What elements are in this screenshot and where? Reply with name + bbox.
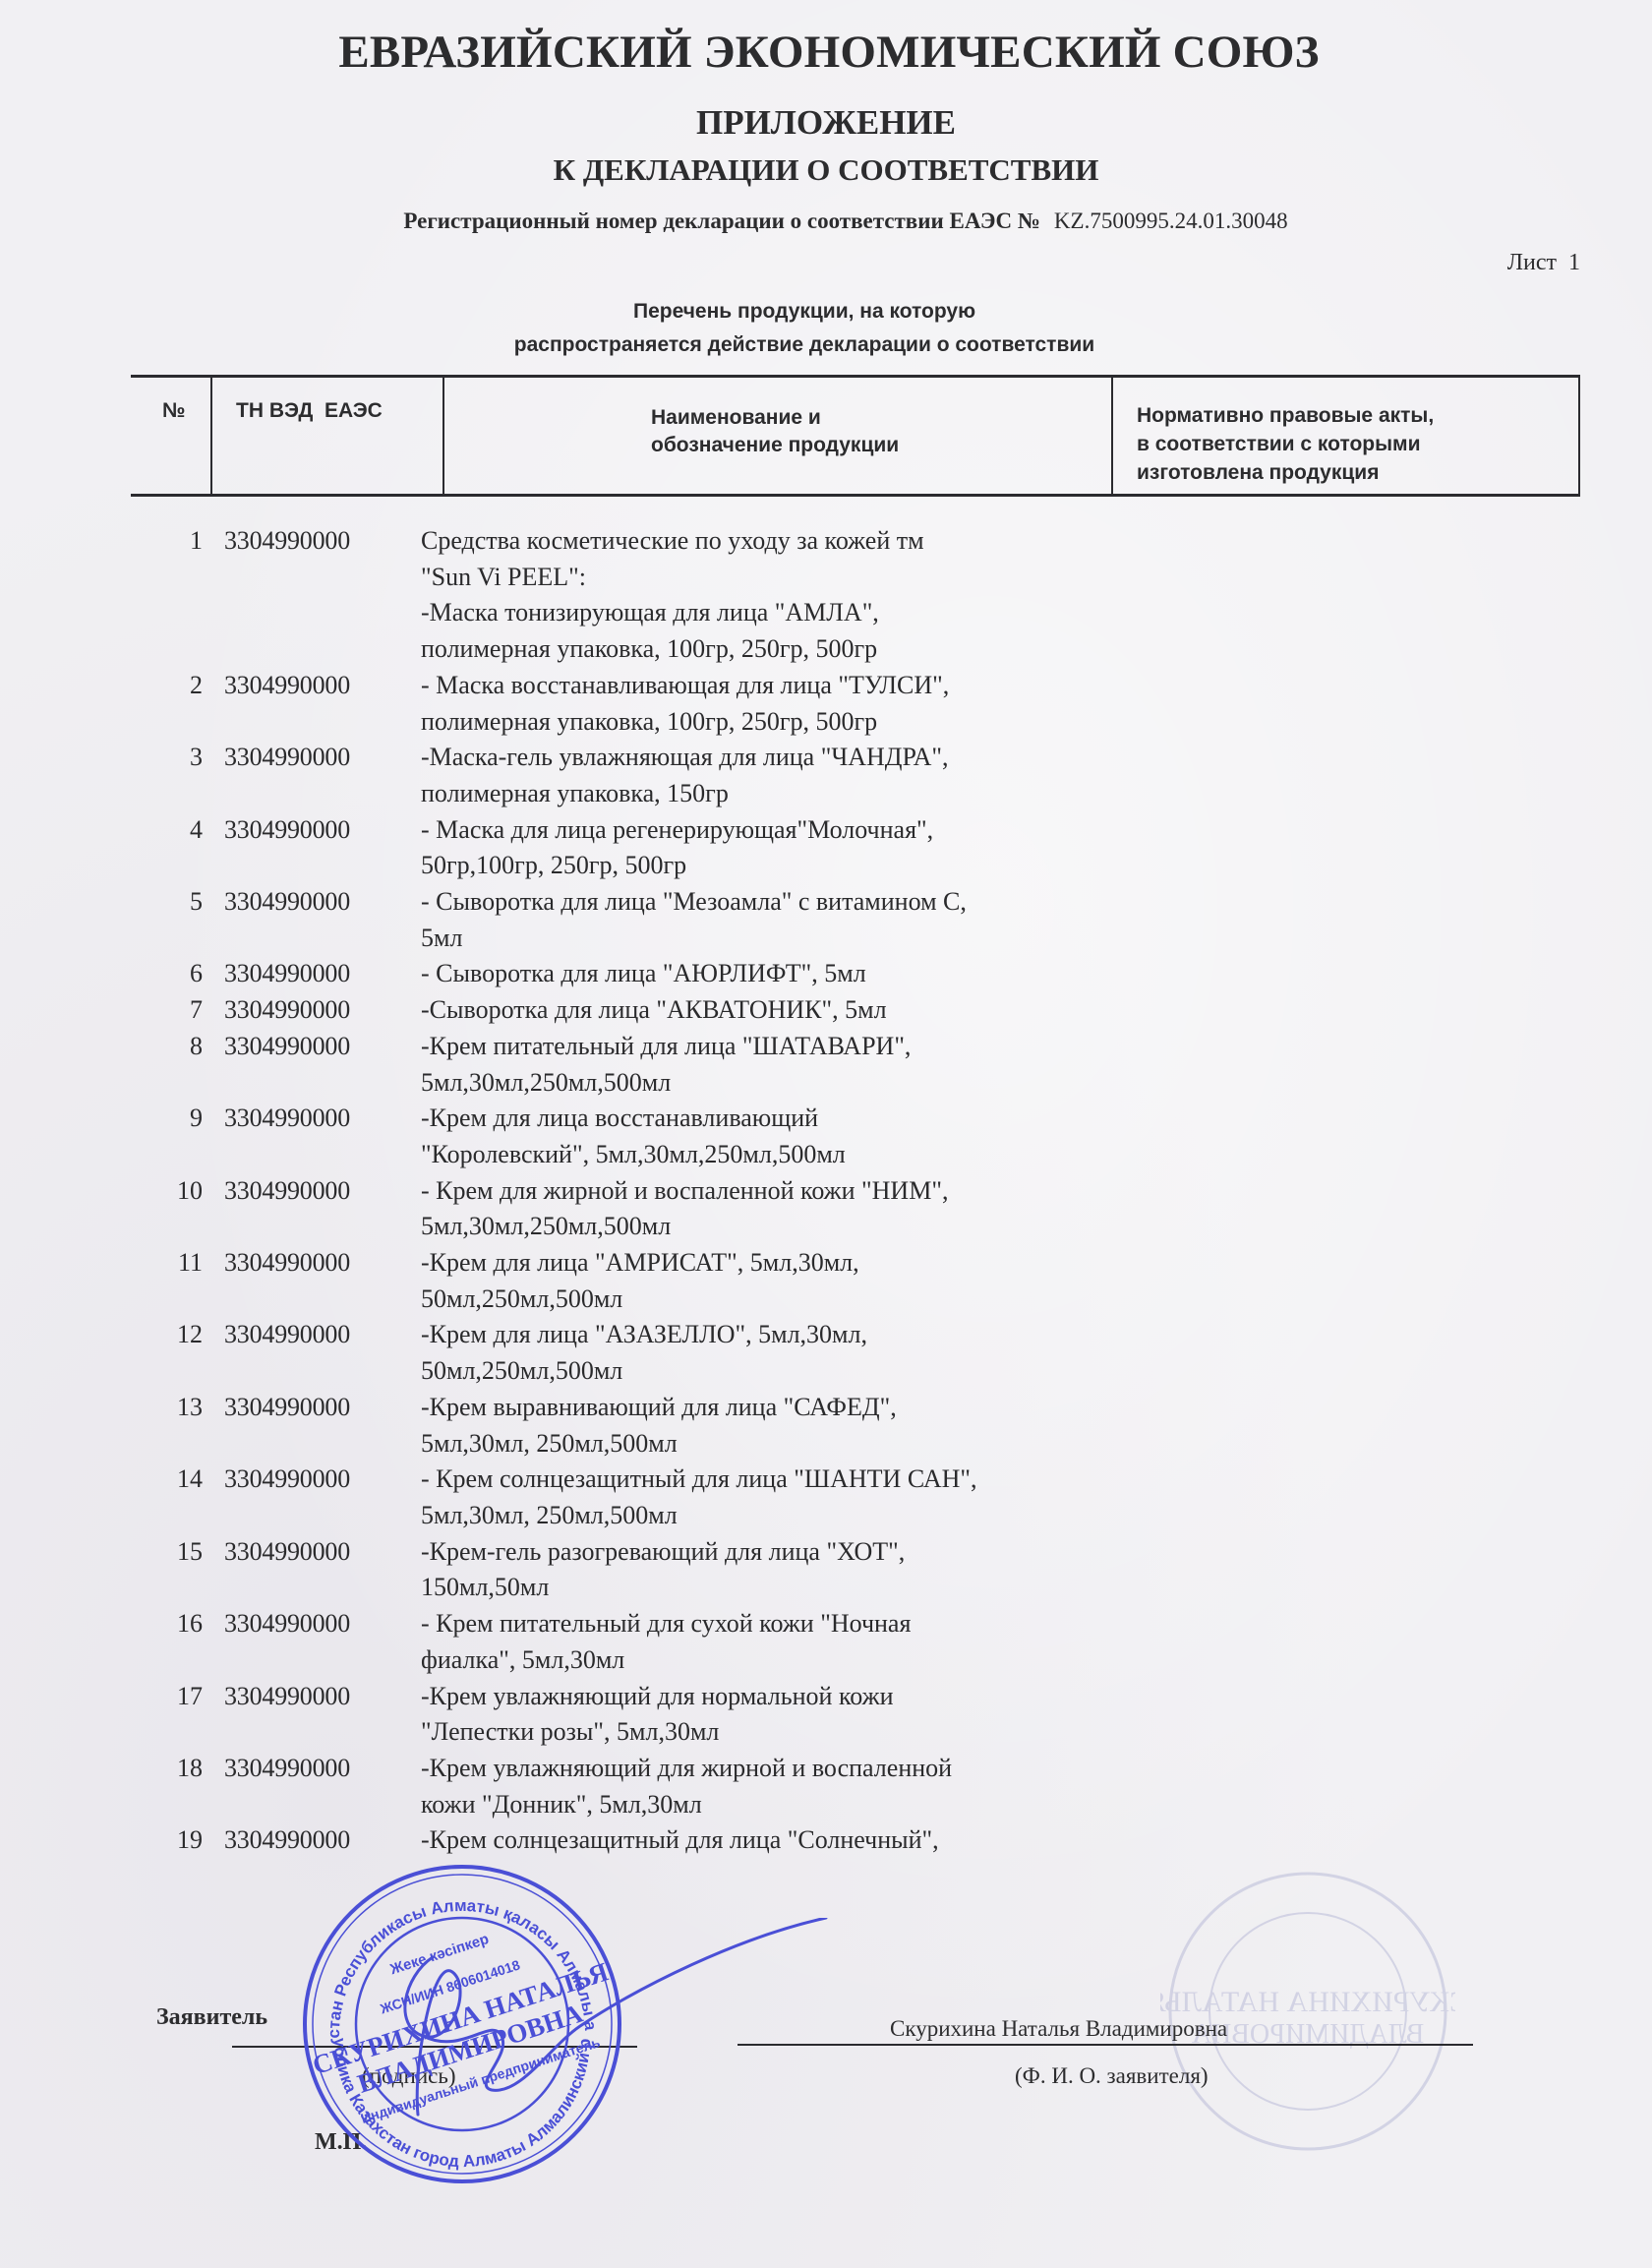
row-product-name: -Крем для лица восстанавливающий "Короле… (421, 1101, 1099, 1172)
row-normative-acts (1099, 1101, 1580, 1172)
registration-number: KZ.7500995.24.01.30048 (1054, 209, 1288, 233)
row-number: 17 (131, 1679, 203, 1751)
row-hs-code: 3304990000 (203, 1029, 421, 1101)
ghost-stamp-showthrough: СКУРИХИНА НАТАЛЬЯ ВЛАДИМИРОВНА (1160, 1864, 1455, 2159)
union-title: ЕВРАЗИЙСКИЙ ЭКОНОМИЧЕСКИЙ СОЮЗ (3, 26, 1652, 79)
row-product-name: Средства косметические по уходу за кожей… (421, 523, 1099, 668)
row-normative-acts (1099, 668, 1580, 740)
row-product-name: - Маска для лица регенерирующая"Молочная… (421, 812, 1099, 884)
row-hs-code: 3304990000 (203, 1534, 421, 1606)
row-product-name: - Маска восстанавливающая для лица "ТУЛС… (421, 668, 1099, 740)
row-hs-code: 3304990000 (203, 1245, 421, 1317)
row-normative-acts (1099, 884, 1580, 956)
row-normative-acts (1099, 956, 1580, 992)
table-row: 93304990000-Крем для лица восстанавливаю… (131, 1101, 1580, 1172)
table-row: 173304990000-Крем увлажняющий для нормал… (131, 1679, 1580, 1751)
row-number: 9 (131, 1101, 203, 1172)
row-number: 11 (131, 1245, 203, 1317)
table-header: № ТН ВЭД ЕАЭС Наименование и обозначение… (131, 375, 1580, 497)
row-product-name: -Сыворотка для лица "АКВАТОНИК", 5мл (421, 992, 1099, 1029)
table-row: 53304990000- Сыворотка для лица "Мезоамл… (131, 884, 1580, 956)
row-number: 5 (131, 884, 203, 956)
row-number: 19 (131, 1822, 203, 1859)
row-normative-acts (1099, 812, 1580, 884)
column-header-acts: Нормативно правовые акты, в соответствии… (1111, 378, 1578, 494)
name-caption: (Ф. И. О. заявителя) (1015, 2063, 1209, 2089)
row-normative-acts (1099, 523, 1580, 668)
sheet-indicator: Лист1 (1507, 250, 1580, 276)
handwritten-signature-icon (324, 1918, 836, 2144)
row-number: 3 (131, 740, 203, 811)
table-row: 43304990000- Маска для лица регенерирующ… (131, 812, 1580, 884)
row-hs-code: 3304990000 (203, 1822, 421, 1859)
table-row: 123304990000-Крем для лица "АЗАЗЕЛЛО", 5… (131, 1317, 1580, 1389)
row-hs-code: 3304990000 (203, 1462, 421, 1533)
row-product-name: - Крем солнцезащитный для лица "ШАНТИ СА… (421, 1462, 1099, 1533)
table-row: 63304990000- Сыворотка для лица "АЮРЛИФТ… (131, 956, 1580, 992)
column-header-name: Наименование и обозначение продукции (442, 378, 1111, 494)
column-header-code-label: ТН ВЭД ЕАЭС (236, 399, 383, 423)
table-row: 153304990000-Крем-гель разогревающий для… (131, 1534, 1580, 1606)
row-normative-acts (1099, 740, 1580, 811)
row-product-name: -Крем солнцезащитный для лица "Солнечный… (421, 1822, 1099, 1859)
applicant-name-line (737, 2044, 1473, 2046)
row-normative-acts (1099, 992, 1580, 1029)
row-product-name: -Крем для лица "АЗАЗЕЛЛО", 5мл,30мл, 50м… (421, 1317, 1099, 1389)
column-header-num: № (131, 378, 210, 494)
row-number: 12 (131, 1317, 203, 1389)
table-row: 133304990000-Крем выравнивающий для лица… (131, 1390, 1580, 1462)
sheet-number: 1 (1568, 250, 1580, 275)
row-normative-acts (1099, 1390, 1580, 1462)
row-normative-acts (1099, 1679, 1580, 1751)
row-hs-code: 3304990000 (203, 812, 421, 884)
table-row: 163304990000- Крем питательный для сухой… (131, 1606, 1580, 1678)
column-header-code: ТН ВЭД ЕАЭС (210, 378, 442, 494)
registration-line: Регистрационный номер декларации о соотв… (20, 209, 1652, 234)
caption-line-2: распространяется действие декларации о с… (0, 328, 1630, 362)
row-hs-code: 3304990000 (203, 1101, 421, 1172)
row-product-name: -Маска-гель увлажняющая для лица "ЧАНДРА… (421, 740, 1099, 811)
row-number: 14 (131, 1462, 203, 1533)
row-number: 1 (131, 523, 203, 668)
product-table-body: 13304990000Средства косметические по ухо… (131, 523, 1580, 1859)
table-row: 143304990000- Крем солнцезащитный для ли… (131, 1462, 1580, 1533)
table-row: 113304990000-Крем для лица "АМРИСАТ", 5м… (131, 1245, 1580, 1317)
row-hs-code: 3304990000 (203, 884, 421, 956)
row-hs-code: 3304990000 (203, 1390, 421, 1462)
row-number: 15 (131, 1534, 203, 1606)
registration-label: Регистрационный номер декларации о соотв… (403, 209, 1040, 233)
appendix-title: ПРИЛОЖЕНИЕ (0, 103, 1652, 143)
row-product-name: -Крем питательный для лица "ШАТАВАРИ", 5… (421, 1029, 1099, 1101)
row-number: 2 (131, 668, 203, 740)
table-row: 183304990000-Крем увлажняющий для жирной… (131, 1751, 1580, 1822)
row-normative-acts (1099, 1173, 1580, 1245)
applicant-label: Заявитель (156, 2004, 267, 2031)
column-header-acts-label: Нормативно правовые акты, в соответствии… (1137, 401, 1434, 487)
row-hs-code: 3304990000 (203, 992, 421, 1029)
row-hs-code: 3304990000 (203, 956, 421, 992)
row-number: 6 (131, 956, 203, 992)
row-normative-acts (1099, 1317, 1580, 1389)
row-hs-code: 3304990000 (203, 1679, 421, 1751)
row-product-name: - Крем питательный для сухой кожи "Ночна… (421, 1606, 1099, 1678)
row-number: 7 (131, 992, 203, 1029)
svg-text:СКУРИХИНА НАТАЛЬЯ: СКУРИХИНА НАТАЛЬЯ (1160, 1986, 1455, 2018)
row-product-name: -Крем увлажняющий для жирной и воспаленн… (421, 1751, 1099, 1822)
product-list-caption: Перечень продукции, на которую распростр… (0, 295, 1630, 362)
table-row: 13304990000Средства косметические по ухо… (131, 523, 1580, 668)
appendix-subtitle: К ДЕКЛАРАЦИИ О СООТВЕТСТВИИ (0, 152, 1652, 188)
applicant-name: Скурихина Наталья Владимировна (890, 2016, 1227, 2042)
row-hs-code: 3304990000 (203, 523, 421, 668)
sheet-label: Лист (1507, 250, 1557, 275)
table-row: 73304990000-Сыворотка для лица "АКВАТОНИ… (131, 992, 1580, 1029)
row-number: 16 (131, 1606, 203, 1678)
row-normative-acts (1099, 1534, 1580, 1606)
row-hs-code: 3304990000 (203, 1751, 421, 1822)
row-hs-code: 3304990000 (203, 1173, 421, 1245)
row-normative-acts (1099, 1029, 1580, 1101)
row-hs-code: 3304990000 (203, 1317, 421, 1389)
row-hs-code: 3304990000 (203, 740, 421, 811)
table-row: 33304990000 -Маска-гель увлажняющая для … (131, 740, 1580, 811)
row-number: 10 (131, 1173, 203, 1245)
table-row: 23304990000- Маска восстанавливающая для… (131, 668, 1580, 740)
row-number: 13 (131, 1390, 203, 1462)
caption-line-1: Перечень продукции, на которую (0, 295, 1630, 328)
row-number: 18 (131, 1751, 203, 1822)
column-header-name-label: Наименование и обозначение продукции (651, 404, 899, 459)
row-normative-acts (1099, 1245, 1580, 1317)
table-row: 83304990000-Крем питательный для лица "Ш… (131, 1029, 1580, 1101)
row-normative-acts (1099, 1751, 1580, 1822)
row-product-name: -Крем для лица "АМРИСАТ", 5мл,30мл, 50мл… (421, 1245, 1099, 1317)
row-product-name: -Крем выравнивающий для лица "САФЕД", 5м… (421, 1390, 1099, 1462)
table-row: 103304990000- Крем для жирной и воспален… (131, 1173, 1580, 1245)
row-product-name: -Крем увлажняющий для нормальной кожи "Л… (421, 1679, 1099, 1751)
row-normative-acts (1099, 1462, 1580, 1533)
row-product-name: - Сыворотка для лица "АЮРЛИФТ", 5мл (421, 956, 1099, 992)
row-hs-code: 3304990000 (203, 1606, 421, 1678)
row-normative-acts (1099, 1822, 1580, 1859)
column-header-num-label: № (162, 399, 185, 423)
row-number: 4 (131, 812, 203, 884)
row-product-name: -Крем-гель разогревающий для лица "ХОТ",… (421, 1534, 1099, 1606)
table-row: 193304990000-Крем солнцезащитный для лиц… (131, 1822, 1580, 1859)
row-product-name: - Сыворотка для лица "Мезоамла" с витами… (421, 884, 1099, 956)
row-product-name: - Крем для жирной и воспаленной кожи "НИ… (421, 1173, 1099, 1245)
row-hs-code: 3304990000 (203, 668, 421, 740)
row-number: 8 (131, 1029, 203, 1101)
row-normative-acts (1099, 1606, 1580, 1678)
